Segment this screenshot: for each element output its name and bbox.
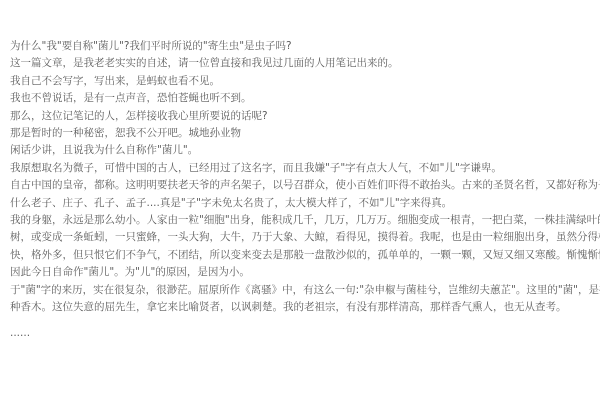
text-line: 于"菌"字的来历，实在很复杂，很渺茫。屈原所作《离骚》中，有这么一句:"杂申椒与… bbox=[10, 282, 592, 299]
text-line: 我原想取名为微子，可惜中国的古人，已经用过了这名字，而且我嫌"子"字有点大人气，… bbox=[10, 160, 592, 177]
text-line: 我也不曾说话，是有一点声音，恐怕苍蝇也听不到。 bbox=[10, 90, 592, 107]
ellipsis-line: ...... bbox=[10, 325, 592, 342]
text-line: 我的身躯，永远是那么幼小。人家由一粒"细胞"出身，能积成几千，几万，几万万。细胞… bbox=[10, 212, 592, 229]
document-page: 为什么"我"要自称"菌儿"?我们平时所说的"寄生虫"是虫子吗? 这一篇文章，是我… bbox=[0, 0, 600, 400]
text-line: 因此今日自命作"菌儿"。为"儿"的原因，是因为小。 bbox=[10, 264, 592, 281]
text-line: 什么老子、庄子、孔子、孟子....真是"子"字未免太名贵了，太大模大样了，不如"… bbox=[10, 195, 592, 212]
text-line: 为什么"我"要自称"菌儿"?我们平时所说的"寄生虫"是虫子吗? bbox=[10, 38, 592, 55]
text-line: 那么，这位记笔记的人，怎样接收我心里所要说的话呢? bbox=[10, 108, 592, 125]
text-line: 树，或变成一条蚯蚓，一只蜜蜂，一头大狗，大牛，乃于大象、大鲸，看得见，摸得着。我… bbox=[10, 229, 592, 246]
text-line: 这一篇文章，是我老老实实的自述，请一位曾直接和我见过几面的人用笔记出来的。 bbox=[10, 55, 592, 72]
text-line: 闲话少讲，且说我为什么自称作"菌儿"。 bbox=[10, 142, 592, 159]
text-line: 我自己不会写字，写出来，是蚂蚁也看不见。 bbox=[10, 73, 592, 90]
text-line: 快，格外多，但只恨它们不争气，不团结，所以变来变去是那般一盘散沙似的，孤单单的，… bbox=[10, 247, 592, 264]
text-line: 那是暂时的一种秘密，恕我不公开吧。城地孙业物 bbox=[10, 125, 592, 142]
text-line: 自古中国的皇帝，都称。这明明要扶老天爷的声名架子，以号召群众，使小百姓们吓得不敢… bbox=[10, 177, 592, 194]
text-line: 种香木。这位失意的屈先生，拿它来比喻贤者，以讽刺楚。我的老祖宗，有没有那样清高，… bbox=[10, 299, 592, 316]
